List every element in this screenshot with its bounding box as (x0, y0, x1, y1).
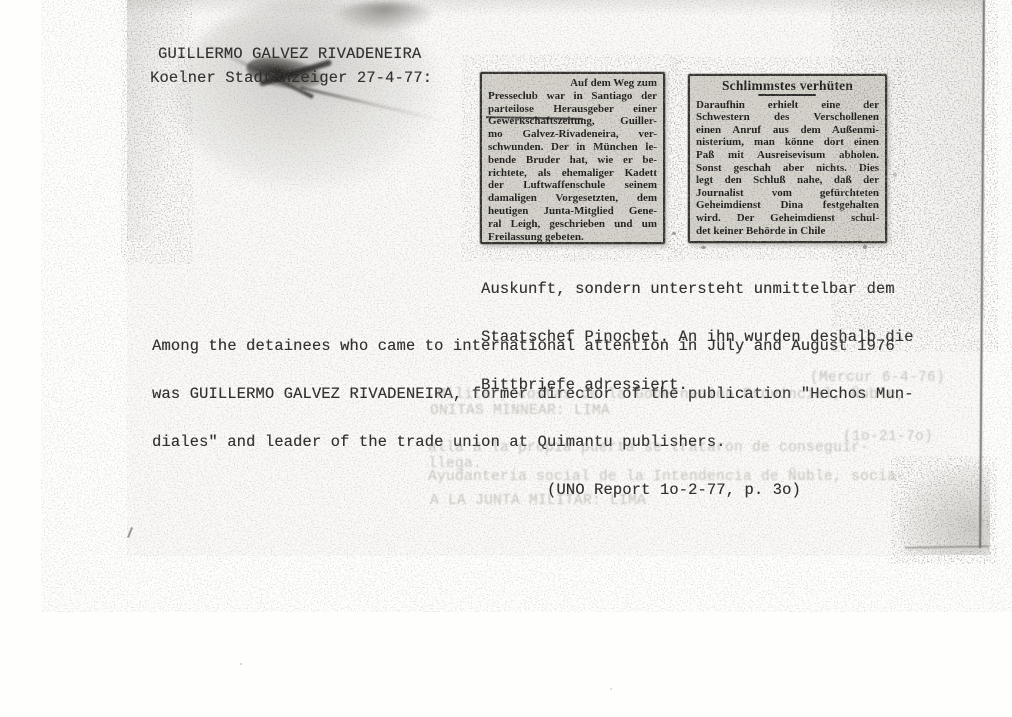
ink-speck (672, 232, 676, 235)
clipping-line: Schwestern des Verschollenen (696, 111, 879, 124)
ink-speck (610, 688, 612, 690)
clipping-line: nisterium, man könne dort einen (696, 136, 879, 149)
typed-line: Auskunft, sondern untersteht unmittelbar… (481, 281, 913, 297)
clipping-line: Sonst geschah aber nichts. Dies (696, 162, 879, 175)
clipping-line: heutigen Junta-Mitglied Gene- (488, 205, 657, 218)
clipping-line: Paß mit Ausreisevisum abholen. (696, 149, 879, 162)
bleedthrough-line: Militar, costas de la Gobernación Provin… (437, 388, 905, 403)
bleedthrough-line: (Mercur 6-4-76) (810, 371, 945, 386)
clipping-line: Daraufhin erhielt eine der (696, 99, 879, 112)
ink-speck (863, 245, 867, 249)
bleedthrough-line: alla a la propia puerta se trataron de c… (428, 441, 869, 456)
scanned-document: GUILLERMO GALVEZ RIVADENEIRA Koelner Sta… (0, 0, 1012, 717)
ink-speck (240, 663, 242, 665)
ink-speck (893, 172, 897, 177)
clipping-line: Journalist vom gefürchteten (696, 187, 879, 200)
clipping-line: ral Leigh, geschrieben und um (488, 218, 657, 231)
clipping-line: damaligen Vorgesetzten, dem (488, 192, 657, 205)
newspaper-clipping-left: Auf dem Weg zum Presseclub war in Santia… (480, 72, 665, 244)
clipping-headline: Schlimmstes verhüten (696, 79, 879, 93)
clipping-line: wird. Der Geheimdienst schul- (696, 212, 879, 225)
clipping-line: einen Anruf aus dem Außenmi- (696, 124, 879, 137)
clipping-line: richtete, als ehemaliger Kadett (488, 167, 657, 180)
ink-speck (701, 246, 706, 249)
clipping-line: Geheimdienst Dina festgehalten (696, 199, 879, 212)
newspaper-clipping-right: Schlimmstes verhüten Daraufhin erhielt e… (688, 74, 887, 243)
headline-underline (758, 94, 816, 96)
ink-smudge-top (332, 2, 437, 32)
bleedthrough-line: ONITAS MINNEAR: LIMA (430, 404, 610, 419)
clipping-line: mo Galvez-Rivadeneira, ver- (488, 128, 657, 141)
doc-title-line: GUILLERMO GALVEZ RIVADENEIRA (158, 46, 421, 62)
bleedthrough-line: A LA JUNTA MILITAR: LIMA (430, 494, 646, 509)
clipping-line: det keiner Behörde in Chile (696, 225, 879, 238)
clipping-line: legt den Schluß nahe, daß der (696, 174, 879, 187)
clipping-line: Presseclub war in Santiago der (488, 90, 657, 103)
clipping-line: bende Bruder hat, wie er be- (488, 154, 657, 167)
clipping-line: Auf dem Weg zum (488, 77, 657, 90)
clipping-line: Freilassung gebeten. (488, 231, 657, 244)
doc-source-line: Koelner Stadtanzeiger 27-4-77: (150, 70, 432, 86)
clipping-line: schwunden. Der in München le- (488, 141, 657, 154)
bleedthrough-line: Ayudantería social de la Intendencia de … (428, 470, 905, 485)
clipping-line: parteilose Herausgeber einer (488, 103, 657, 116)
typed-line: Among the detainees who came to internat… (152, 338, 914, 354)
paper-left-shading (127, 0, 185, 240)
clipping-line: der Luftwaffenschule seinem (488, 179, 657, 192)
